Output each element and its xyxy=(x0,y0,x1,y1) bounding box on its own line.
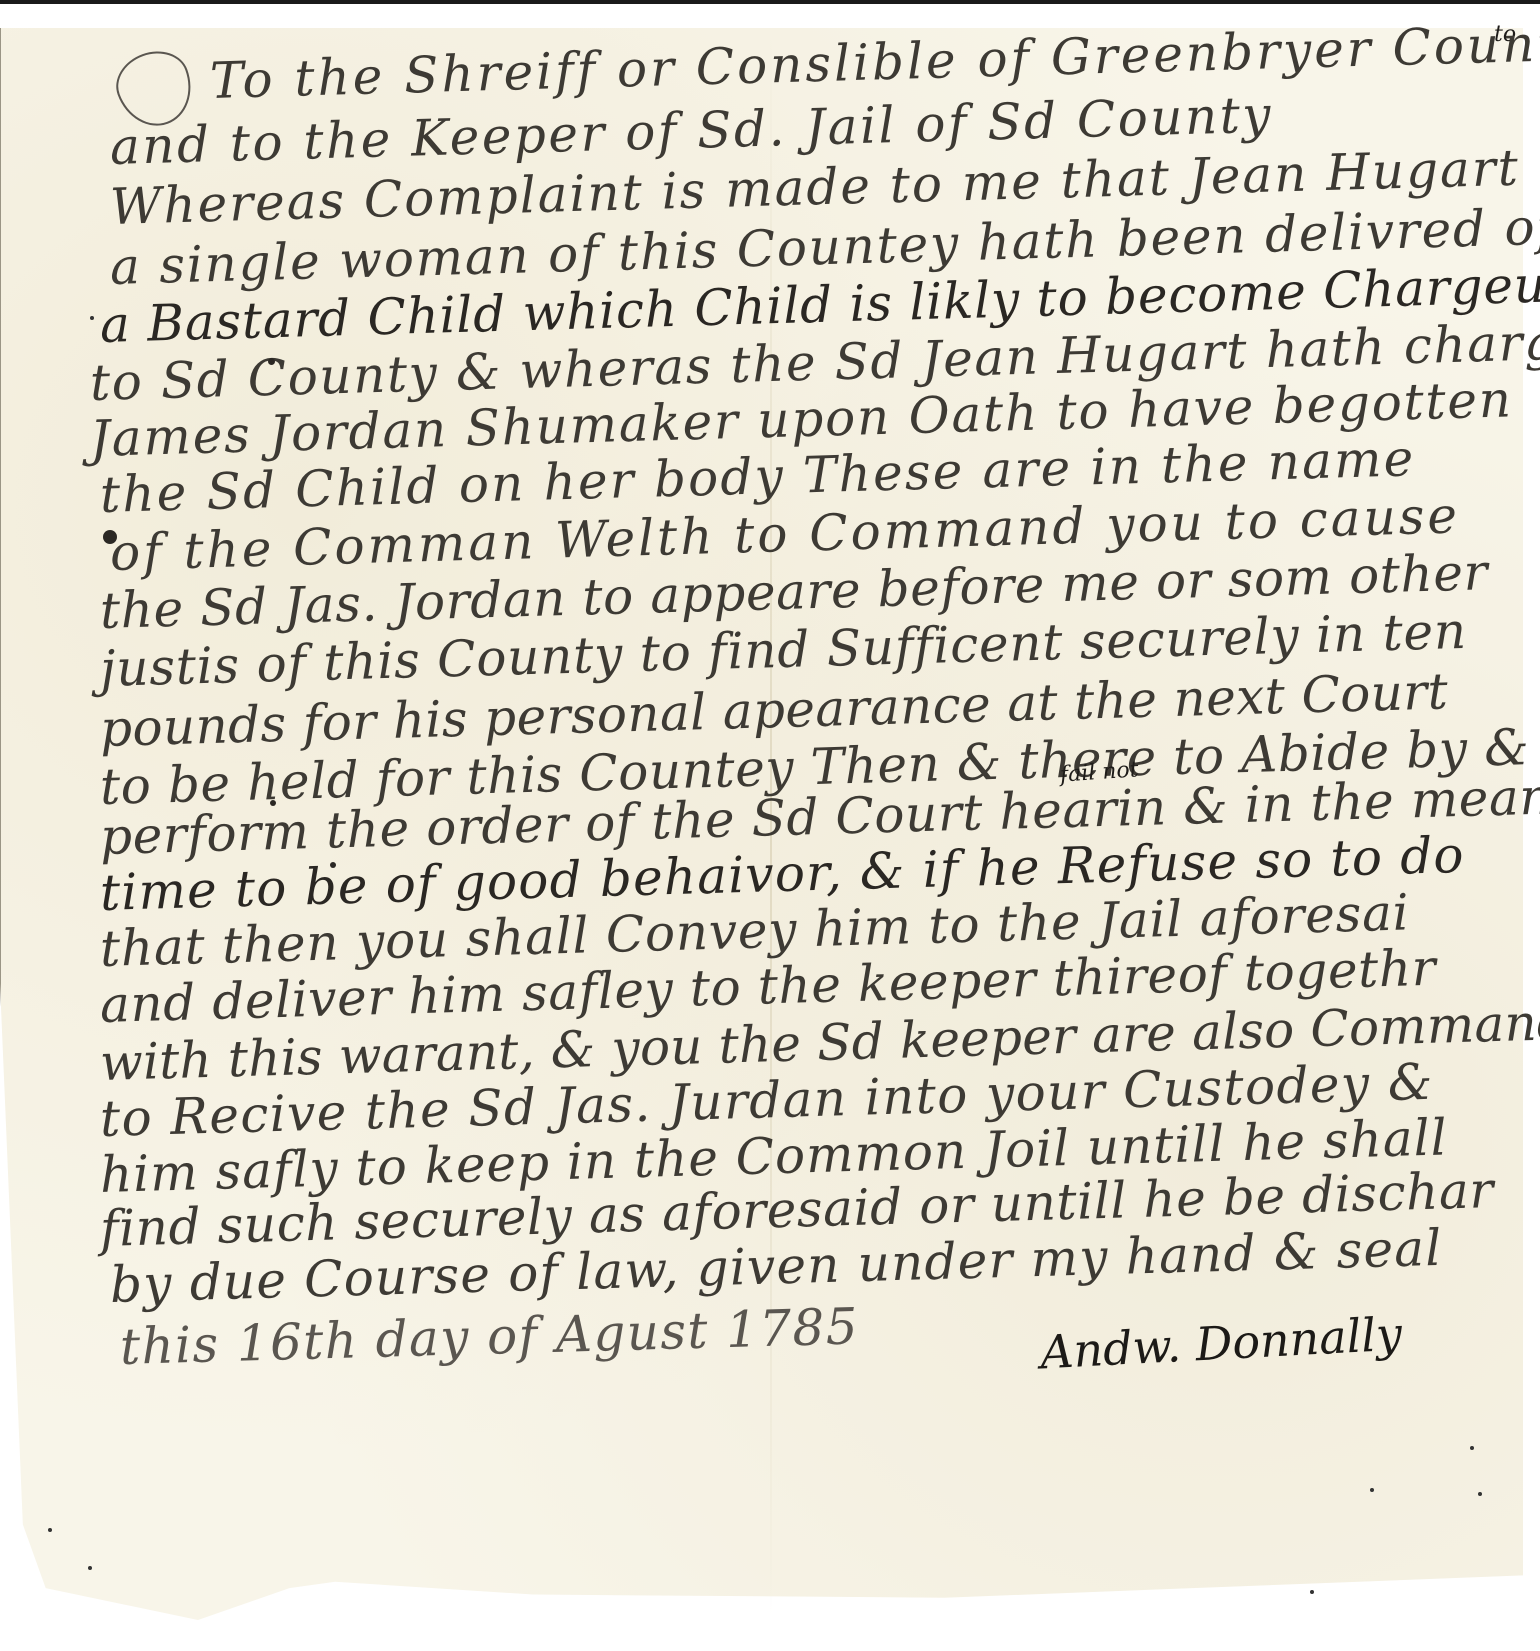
paper-speck xyxy=(1478,1492,1482,1496)
paper-speck xyxy=(1470,1446,1474,1450)
ink-blot xyxy=(270,800,276,806)
paper-speck xyxy=(88,1566,92,1570)
ink-blot xyxy=(330,862,336,868)
paper-speck xyxy=(1370,1488,1374,1492)
scan-top-border xyxy=(0,0,1540,4)
ink-blot xyxy=(268,358,275,365)
ink-blot xyxy=(103,530,117,544)
paper-speck xyxy=(1310,1590,1314,1594)
paper-speck xyxy=(90,316,94,320)
paper-speck xyxy=(48,1528,52,1532)
